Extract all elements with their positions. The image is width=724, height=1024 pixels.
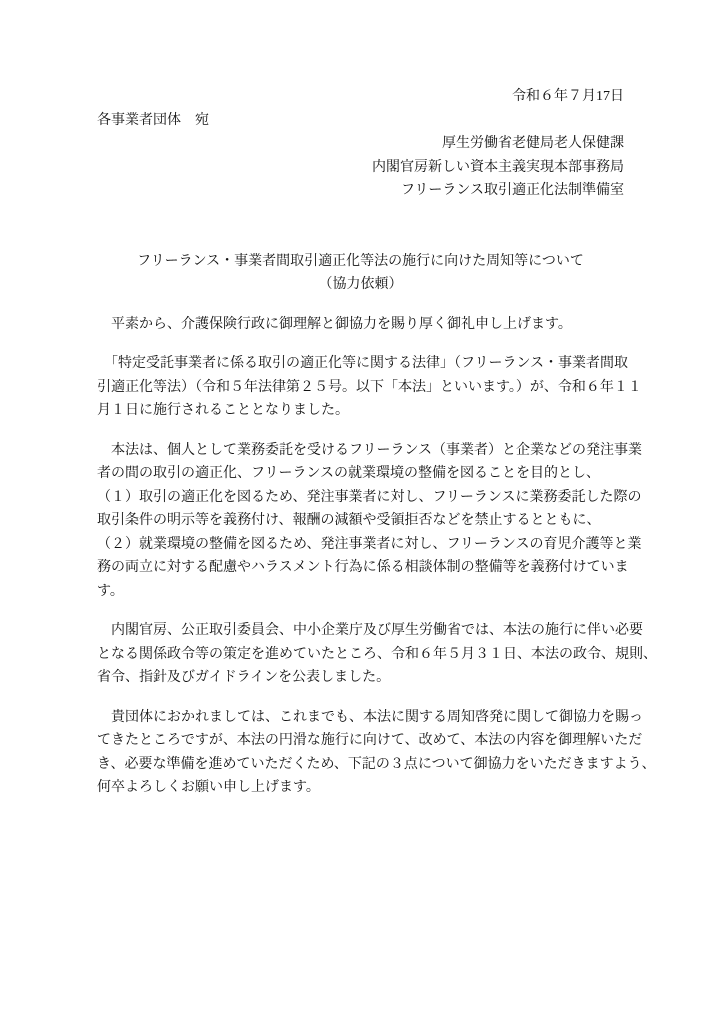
- text-line: 取引条件の明示等を義務付け、報酬の減額や受領拒否などを禁止するとともに、: [97, 509, 624, 533]
- paragraph: 「特定受託事業者に係る取引の適正化等に関する法律」（フリーランス・事業者間取引適…: [97, 352, 624, 423]
- body-paragraphs: 平素から、介護保険行政に御理解と御協力を賜り厚く御礼申し上げます。 「特定受託事…: [97, 313, 624, 800]
- sender-line: フリーランス取引適正化法制準備室: [97, 179, 624, 203]
- text-line: 者の間の取引の適正化、フリーランスの就業環境の整備を図ることを目的とし、: [97, 462, 624, 486]
- text-line: （２）就業環境の整備を図るため、発注事業者に対し、フリーランスの育児介護等と業: [97, 533, 624, 557]
- text-line: 平素から、介護保険行政に御理解と御協力を賜り厚く御礼申し上げます。: [97, 313, 624, 337]
- text-line: 貴団体におかれましては、これまでも、本法に関する周知啓発に関して御協力を賜っ: [97, 706, 624, 730]
- paragraph: 内閣官房、公正取引委員会、中小企業庁及び厚生労働省では、本法の施行に伴い必要とな…: [97, 619, 624, 690]
- text-line: 省令、指針及びガイドラインを公表しました。: [97, 666, 624, 690]
- text-line: 何卒よろしくお願い申し上げます。: [97, 776, 624, 800]
- sender-line: 厚生労働省老健局老人保健課: [97, 132, 624, 156]
- text-line: 務の両立に対する配慮やハラスメント行為に係る相談体制の整備等を義務付けていま: [97, 556, 624, 580]
- paragraph: 貴団体におかれましては、これまでも、本法に関する周知啓発に関して御協力を賜ってき…: [97, 706, 624, 800]
- text-line: 「特定受託事業者に係る取引の適正化等に関する法律」（フリーランス・事業者間取: [97, 352, 624, 376]
- paragraph: 平素から、介護保険行政に御理解と御協力を賜り厚く御礼申し上げます。: [97, 313, 624, 337]
- sender-line: 内閣官房新しい資本主義実現本部事務局: [97, 156, 624, 180]
- recipient-line: 各事業者団体 宛: [97, 109, 624, 133]
- document-subtitle: （協力依頼）: [97, 273, 624, 297]
- text-line: 内閣官房、公正取引委員会、中小企業庁及び厚生労働省では、本法の施行に伴い必要: [97, 619, 624, 643]
- document-title: フリーランス・事業者間取引適正化等法の施行に向けた周知等について: [97, 250, 624, 274]
- sender-block: 厚生労働省老健局老人保健課内閣官房新しい資本主義実現本部事務局フリーランス取引適…: [97, 132, 624, 203]
- text-line: てきたところですが、本法の円滑な施行に向けて、改めて、本法の内容を御理解いただ: [97, 729, 624, 753]
- paragraph: 本法は、個人として業務委託を受けるフリーランス（事業者）と企業などの発注事業者の…: [97, 439, 624, 604]
- text-line: 本法は、個人として業務委託を受けるフリーランス（事業者）と企業などの発注事業: [97, 439, 624, 463]
- text-line: き、必要な準備を進めていただくため、下記の３点について御協力をいただきますよう、: [97, 753, 624, 777]
- date-line: 令和６年７月17日: [97, 85, 624, 109]
- text-line: す。: [97, 580, 624, 604]
- title-block: フリーランス・事業者間取引適正化等法の施行に向けた周知等について （協力依頼）: [97, 250, 624, 297]
- text-line: となる関係政令等の策定を進めていたところ、令和６年５月３１日、本法の政令、規則、: [97, 643, 624, 667]
- document-page: 令和６年７月17日 各事業者団体 宛 厚生労働省老健局老人保健課内閣官房新しい資…: [0, 0, 724, 1024]
- text-line: （１）取引の適正化を図るため、発注事業者に対し、フリーランスに業務委託した際の: [97, 486, 624, 510]
- text-line: 引適正化等法）（令和５年法律第２５号。以下「本法」といいます。）が、令和６年１１: [97, 376, 624, 400]
- text-line: 月１日に施行されることとなりました。: [97, 399, 624, 423]
